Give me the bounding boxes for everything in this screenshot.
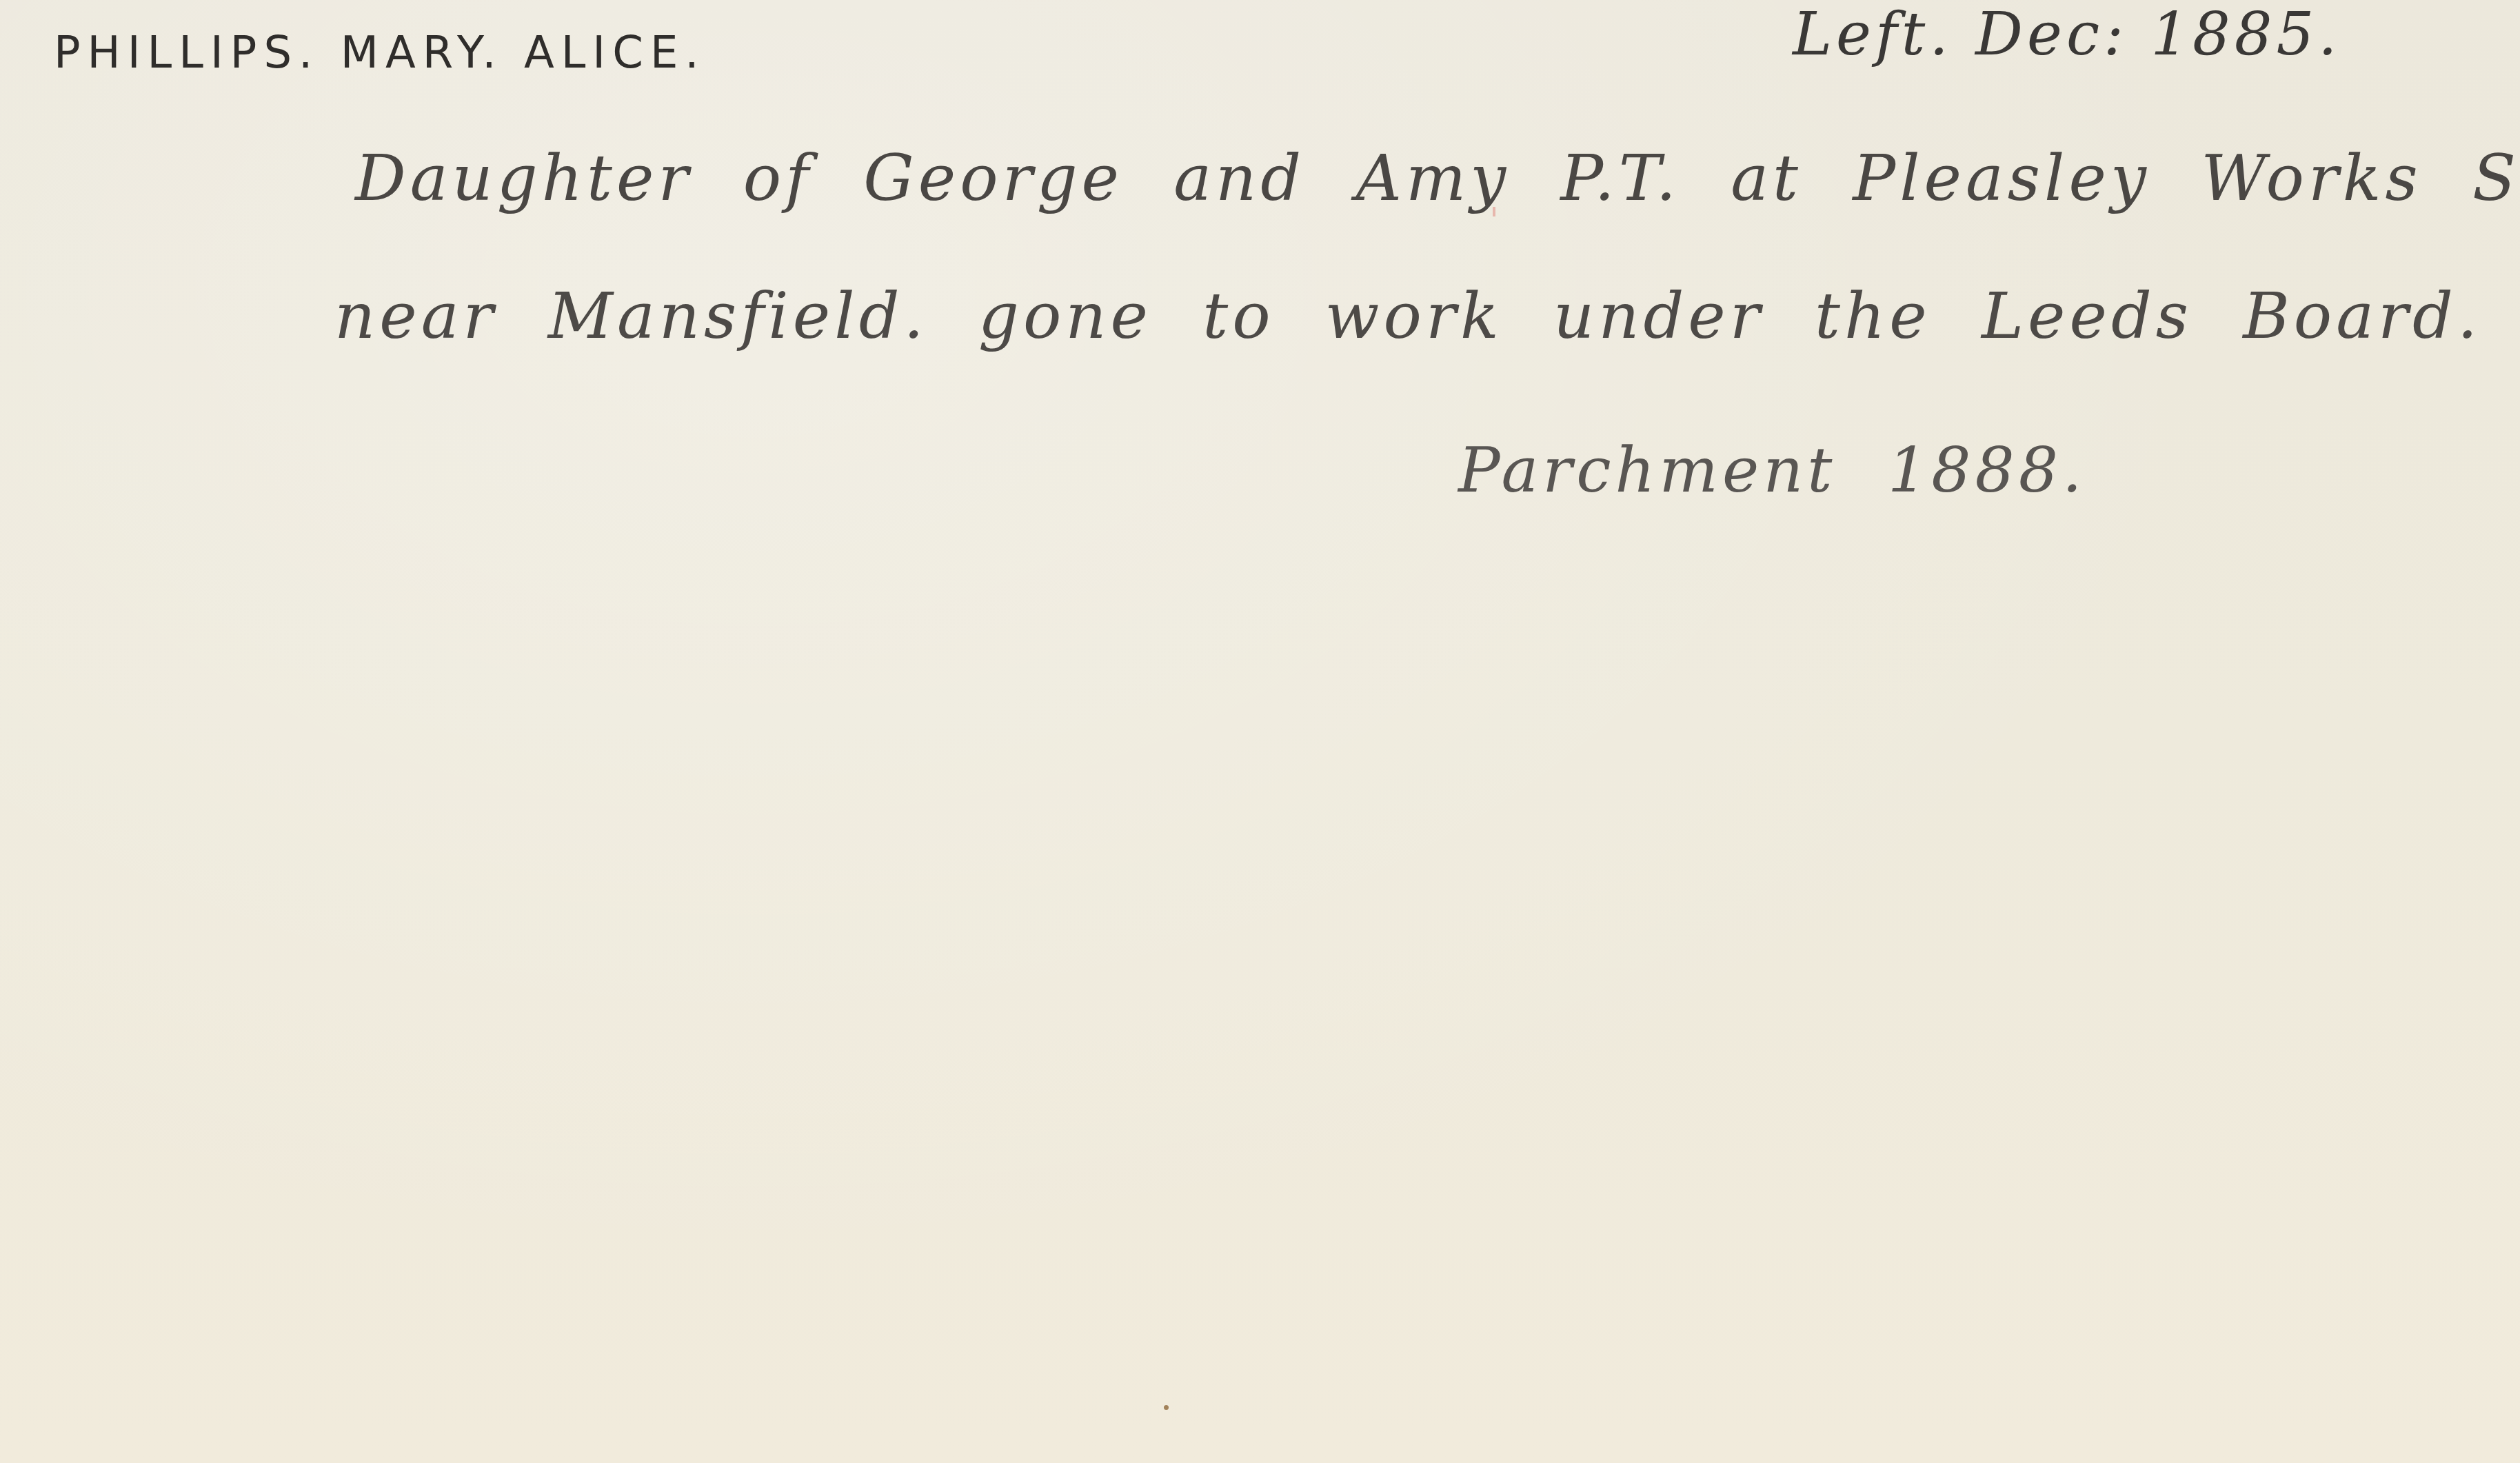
record-text-line-2: near Mansfield. gone to work under the L…	[334, 279, 2481, 353]
paper-mark	[1493, 207, 1495, 216]
record-card: PHILLIPS. MARY. ALICE. Left. Dec: 1885. …	[0, 0, 2520, 1463]
record-text-line-1: Daughter of George and Amy P.T. at Pleas…	[355, 141, 2520, 215]
left-date: Left. Dec: 1885.	[1793, 0, 2341, 69]
parchment-note: Parchment 1888.	[1458, 434, 2086, 507]
paper-speck	[1164, 1405, 1169, 1410]
student-name: PHILLIPS. MARY. ALICE.	[54, 28, 706, 79]
